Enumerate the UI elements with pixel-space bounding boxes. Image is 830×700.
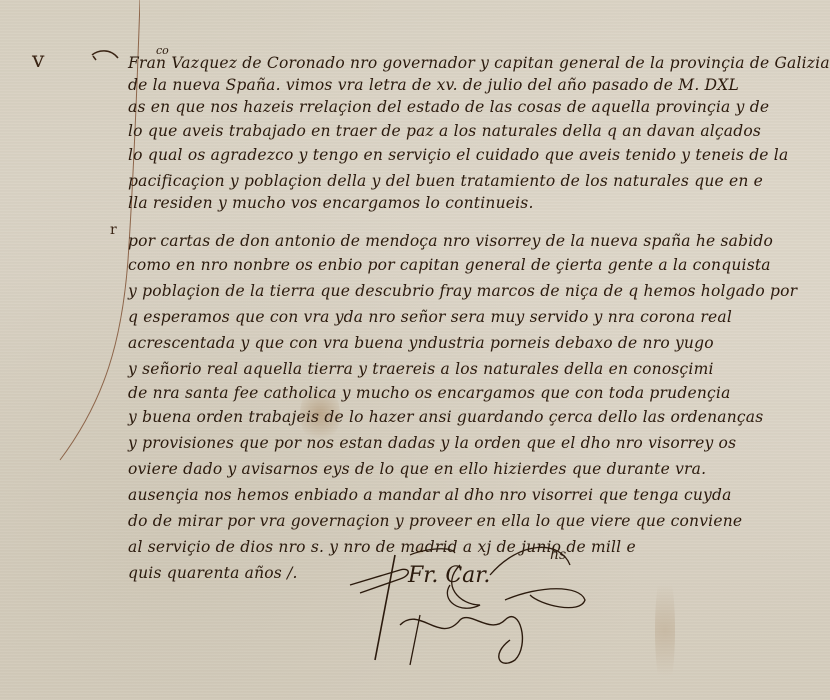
letter-line: lo que aveis trabajado en traer de paz a… xyxy=(128,122,761,140)
letter-line: ausençia nos hemos enbiado a mandar al d… xyxy=(128,486,732,504)
letter-line: q esperamos que con vra yda nro señor se… xyxy=(128,308,732,326)
letter-line: y poblaçion de la tierra que descubrio f… xyxy=(128,282,797,300)
letter-line: oviere dado y avisarnos eys de lo que en… xyxy=(128,460,706,478)
letter-line: acrescentada y que con vra buena yndustr… xyxy=(128,334,714,352)
signature-line1: Fr. Car. xyxy=(408,563,490,588)
letter-line: as en que nos hazeis rrelaçion del estad… xyxy=(128,98,769,116)
letter-line: y buena orden trabajeis de lo hazer ansi… xyxy=(128,408,763,426)
letter-line: y provisiones que por nos estan dadas y … xyxy=(128,434,736,452)
manuscript-page: v r co Fran Vazquez de Coronado nro gove… xyxy=(0,0,830,700)
letter-line: por cartas de don antonio de mendoça nro… xyxy=(128,232,773,250)
letter-line: lo qual os agradezco y tengo en serviçio… xyxy=(128,146,788,164)
letter-line: de la nueva Spaña. vimos vra letra de xv… xyxy=(128,76,739,94)
letter-line: Fran Vazquez de Coronado nro governador … xyxy=(128,54,830,72)
letter-line: pacificaçion y poblaçion della y del bue… xyxy=(128,172,763,190)
letter-line: quis quarenta años /. xyxy=(128,564,298,582)
letter-line: lla residen y mucho vos encargamos lo co… xyxy=(128,194,534,212)
letter-line: como en nro nonbre os enbio por capitan … xyxy=(128,256,771,274)
royal-signature: Fr. Car. hs xyxy=(340,545,600,675)
margin-mark-mid: r xyxy=(110,222,117,238)
letter-line: y señorio real aquella tierra y traereis… xyxy=(128,360,714,378)
margin-rule-line xyxy=(0,0,140,700)
foxing-stain xyxy=(655,565,675,695)
signature-suffix: hs xyxy=(550,547,566,563)
margin-mark-top: v xyxy=(32,48,44,73)
letter-line: de nra santa fee catholica y mucho os en… xyxy=(128,384,731,402)
letter-line: do de mirar por vra governaçion y provee… xyxy=(128,512,742,530)
